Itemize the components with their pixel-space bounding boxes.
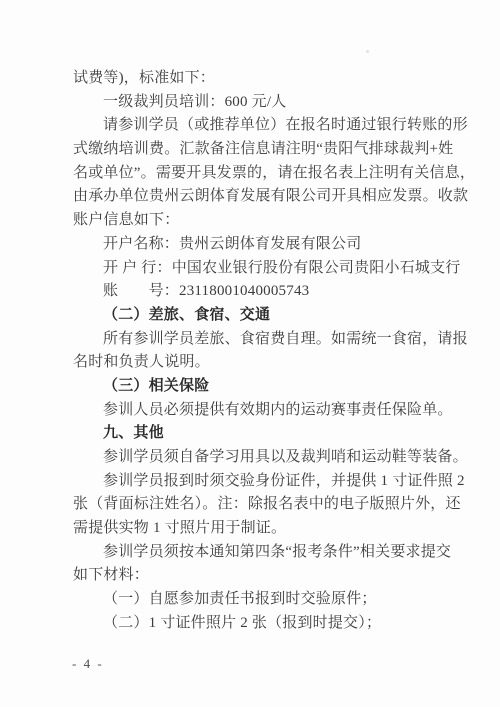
text-line: 一级裁判员培训：600 元/人 — [73, 91, 443, 115]
text-line: 名或单位”。需要开具发票的，请在报名表上注明有关信息， — [73, 162, 443, 186]
heading-line: （三）相关保险 — [73, 375, 443, 399]
page-number: - 4 - — [72, 656, 104, 672]
text-line: 名时和负责人说明。 — [73, 351, 443, 375]
text-line: （二）1 寸证件照片 2 张（报到时提交）； — [73, 612, 443, 636]
text-line: 式缴纳培训费。汇款备注信息请注明“贵阳气排球裁判+姓 — [73, 138, 443, 162]
text-line: （一）自愿参加责任书报到时交验原件； — [73, 588, 443, 612]
document-page: 试费等)，标准如下：一级裁判员培训：600 元/人请参训学员（或推荐单位）在报名… — [0, 0, 500, 707]
text-line: 开 户 行：中国农业银行股份有限公司贵阳小石城支行 — [73, 257, 443, 281]
text-line: 账 号：23118001040005743 — [73, 280, 443, 304]
text-line: 如下材料： — [73, 564, 443, 588]
text-line: 参训人员必须提供有效期内的运动赛事责任保险单。 — [73, 399, 443, 423]
document-body: 试费等)，标准如下：一级裁判员培训：600 元/人请参训学员（或推荐单位）在报名… — [73, 67, 443, 636]
text-line: 账户信息如下： — [73, 209, 443, 233]
text-line: 所有参训学员差旅、食宿费自理。如需统一食宿，请报 — [73, 328, 443, 352]
heading-line: （二）差旅、食宿、交通 — [73, 304, 443, 328]
text-line: 试费等)，标准如下： — [73, 67, 443, 91]
text-line: 参训学员须自备学习用具以及裁判哨和运动鞋等装备。 — [73, 446, 443, 470]
text-line: 由承办单位贵州云朗体育发展有限公司开具相应发票。收款 — [73, 185, 443, 209]
heading-line: 九、其他 — [73, 422, 443, 446]
text-line: 参训学员报到时须交验身份证件，并提供 1 寸证件照 2 — [73, 470, 443, 494]
scan-artifact — [366, 50, 369, 53]
text-line: 开户名称：贵州云朗体育发展有限公司 — [73, 233, 443, 257]
text-line: 张（背面标注姓名）。注：除报名表中的电子版照片外，还 — [73, 493, 443, 517]
text-line: 请参训学员（或推荐单位）在报名时通过银行转账的形 — [73, 114, 443, 138]
text-line: 需提供实物 1 寸照片用于制证。 — [73, 517, 443, 541]
text-line: 参训学员须按本通知第四条“报考条件”相关要求提交 — [73, 541, 443, 565]
